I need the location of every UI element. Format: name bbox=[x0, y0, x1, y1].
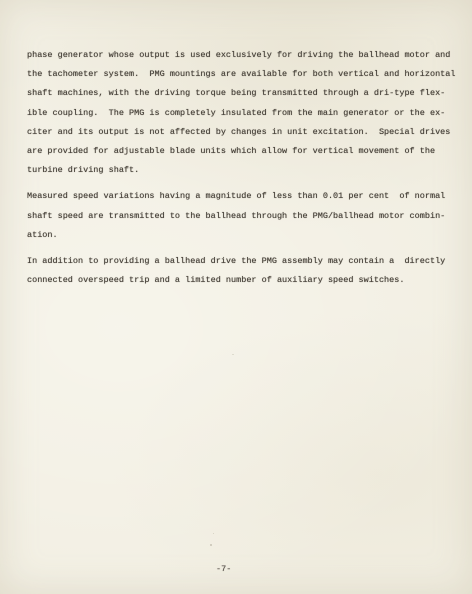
paper-speck bbox=[213, 533, 214, 534]
paragraph: phase generator whose output is used exc… bbox=[27, 46, 457, 180]
paragraph: In addition to providing a ballhead driv… bbox=[27, 252, 457, 290]
page-number: -7- bbox=[216, 563, 231, 575]
paragraph: Measured speed variations having a magni… bbox=[27, 187, 457, 245]
document-page: phase generator whose output is used exc… bbox=[0, 0, 472, 594]
paper-speck bbox=[210, 544, 212, 546]
typewritten-text-block: phase generator whose output is used exc… bbox=[27, 46, 457, 297]
paper-speck bbox=[232, 354, 234, 355]
